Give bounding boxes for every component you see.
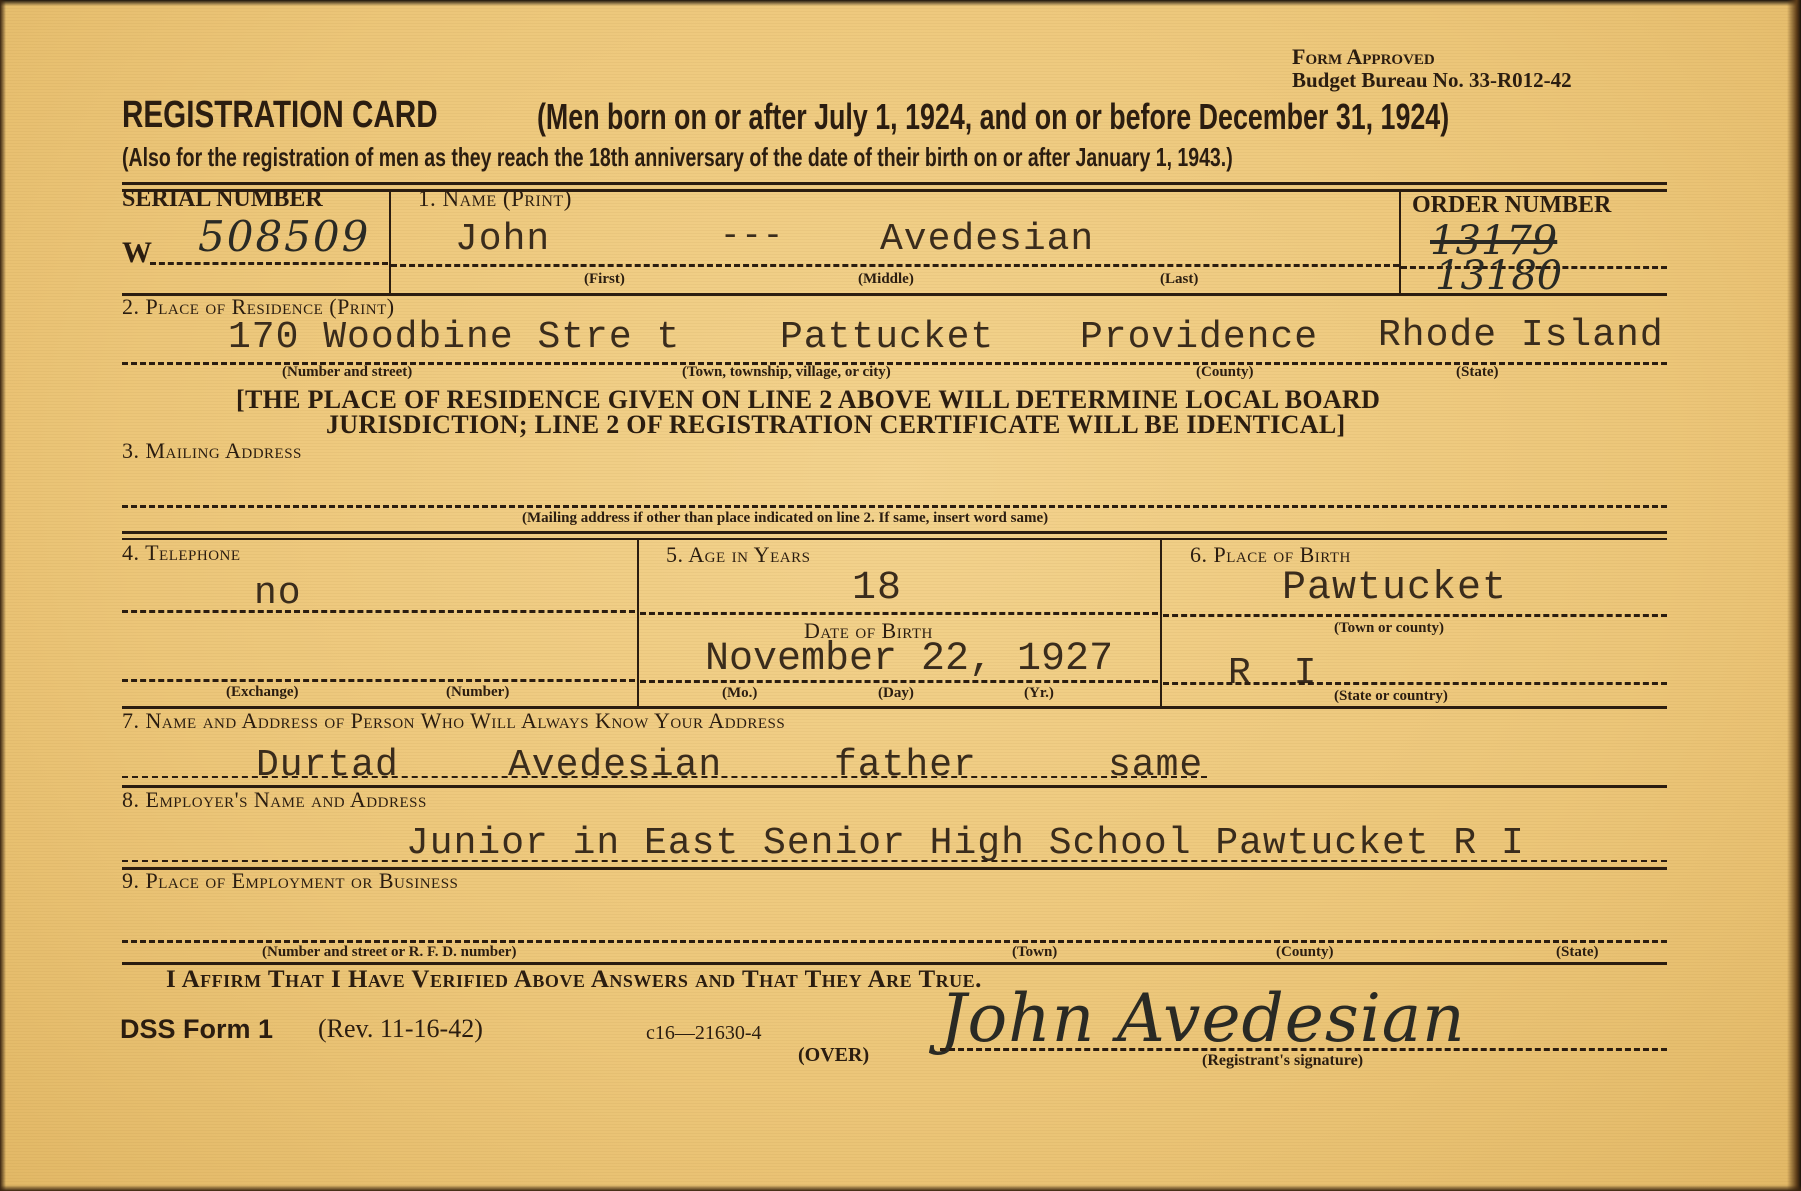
- name-first-value[interactable]: John: [455, 218, 550, 261]
- age-label: 5. Age in Years: [666, 542, 810, 568]
- signature-line: [940, 1048, 1667, 1051]
- card-title-range: (Men born on or after July 1, 1924, and …: [537, 96, 1449, 138]
- birthplace-state-line: [1163, 682, 1667, 685]
- telephone-divider: [637, 540, 639, 706]
- telephone-value[interactable]: no: [254, 572, 302, 615]
- dob-value[interactable]: November 22, 1927: [705, 637, 1113, 682]
- mailing-caption: (Mailing address if other than place ind…: [522, 510, 1048, 527]
- birthplace-label: 6. Place of Birth: [1190, 542, 1351, 568]
- employer-label: 8. Employer's Name and Address: [122, 787, 427, 813]
- residence-caption-county: (County): [1196, 364, 1254, 381]
- header-rule-top: [122, 182, 1667, 185]
- telephone-line-2: [122, 679, 635, 682]
- employment-caption-street: (Number and street or R. F. D. number): [262, 944, 516, 961]
- contact-relation-value[interactable]: father: [834, 744, 977, 787]
- name-line: [391, 264, 1399, 267]
- mailing-rule-top: [122, 531, 1667, 534]
- residence-county-value[interactable]: Providence: [1080, 316, 1318, 359]
- employment-label: 9. Place of Employment or Business: [122, 868, 458, 894]
- contact-line: [122, 776, 1207, 778]
- affirmation-statement: I Affirm That I Have Verified Above Answ…: [166, 966, 982, 994]
- scan-edge-bottom: [0, 1185, 1801, 1191]
- over-notice: (OVER): [798, 1044, 869, 1067]
- card-title: REGISTRATION CARD: [122, 94, 438, 137]
- employment-line: [122, 940, 1667, 943]
- name-caption-middle: (Middle): [858, 271, 914, 288]
- card-subtitle: (Also for the registration of men as the…: [122, 142, 1233, 173]
- name-caption-last: (Last): [1160, 271, 1198, 288]
- residence-notice-line2: JURISDICTION; LINE 2 OF REGISTRATION CER…: [326, 410, 1345, 440]
- residence-caption-street: (Number and street): [282, 364, 412, 381]
- signature-caption: (Registrant's signature): [1202, 1052, 1363, 1070]
- dob-caption-year: (Yr.): [1024, 685, 1054, 702]
- print-code: c16—21630-4: [646, 1022, 762, 1045]
- serial-line: [150, 262, 388, 265]
- name-middle-value[interactable]: ---: [720, 218, 784, 256]
- contact-label: 7. Name and Address of Person Who Will A…: [122, 708, 785, 734]
- name-label: 1. Name (Print): [418, 186, 572, 212]
- scan-edge-right: [1787, 0, 1801, 1191]
- residence-state-value[interactable]: Rhode Island: [1378, 314, 1664, 357]
- serial-number-label: SERIAL NUMBER: [122, 186, 323, 213]
- employment-caption-town: (Town): [1012, 944, 1057, 961]
- order-divider: [1399, 190, 1401, 293]
- birth-divider: [1160, 540, 1162, 706]
- employer-value[interactable]: Junior in East Senior High School Pawtuc…: [406, 822, 1525, 865]
- dob-caption-day: (Day): [878, 685, 914, 702]
- telephone-caption-number: (Number): [446, 684, 509, 701]
- residence-caption-state: (State): [1456, 364, 1498, 381]
- dob-caption-month: (Mo.): [722, 685, 757, 702]
- telephone-label: 4. Telephone: [122, 540, 241, 566]
- name-last-value[interactable]: Avedesian: [880, 218, 1094, 261]
- age-line: [640, 612, 1158, 615]
- registration-card: Form Approved Budget Bureau No. 33-R012-…: [0, 0, 1801, 1191]
- age-value[interactable]: 18: [852, 566, 902, 611]
- telephone-line-1: [122, 610, 635, 613]
- employment-caption-county: (County): [1276, 944, 1334, 961]
- budget-bureau-number: Budget Bureau No. 33-R012-42: [1292, 68, 1572, 93]
- employment-caption-state: (State): [1556, 944, 1598, 961]
- birthplace-town-value[interactable]: Pawtucket: [1282, 566, 1507, 611]
- telephone-caption-exchange: (Exchange): [226, 684, 299, 701]
- mailing-label: 3. Mailing Address: [122, 438, 302, 464]
- residence-street-value[interactable]: 170 Woodbine Stre t: [228, 316, 680, 359]
- birthplace-state-value[interactable]: R I: [1228, 652, 1326, 695]
- birthplace-town-line: [1163, 614, 1667, 617]
- employer-line: [122, 860, 1667, 862]
- serial-prefix: W: [122, 236, 152, 270]
- name-caption-first: (First): [584, 271, 625, 288]
- dob-line: [640, 680, 1158, 683]
- residence-town-value[interactable]: Pattucket: [780, 316, 994, 359]
- mailing-line: [122, 505, 1667, 508]
- serial-divider: [389, 190, 391, 293]
- scan-edge-left: [0, 0, 6, 1191]
- scan-edge-top: [0, 0, 1801, 6]
- form-id: DSS Form 1: [120, 1014, 273, 1045]
- birthplace-caption-state: (State or country): [1334, 688, 1448, 705]
- residence-caption-town: (Town, township, village, or city): [682, 364, 891, 381]
- contact-first-name-value[interactable]: Durtad: [256, 744, 399, 787]
- order-number-label: ORDER NUMBER: [1412, 192, 1611, 219]
- contact-last-name-value[interactable]: Avedesian: [508, 744, 722, 787]
- serial-number-value[interactable]: 508509: [198, 212, 370, 261]
- form-approved: Form Approved: [1292, 44, 1435, 70]
- form-revision: (Rev. 11-16-42): [318, 1014, 483, 1044]
- row9-bottom-rule: [122, 962, 1667, 965]
- mailing-rule-bottom: [122, 538, 1667, 540]
- contact-address-value[interactable]: same: [1108, 744, 1203, 787]
- birthplace-caption-town: (Town or county): [1334, 620, 1444, 637]
- registrant-signature[interactable]: John Avedesian: [940, 980, 1466, 1057]
